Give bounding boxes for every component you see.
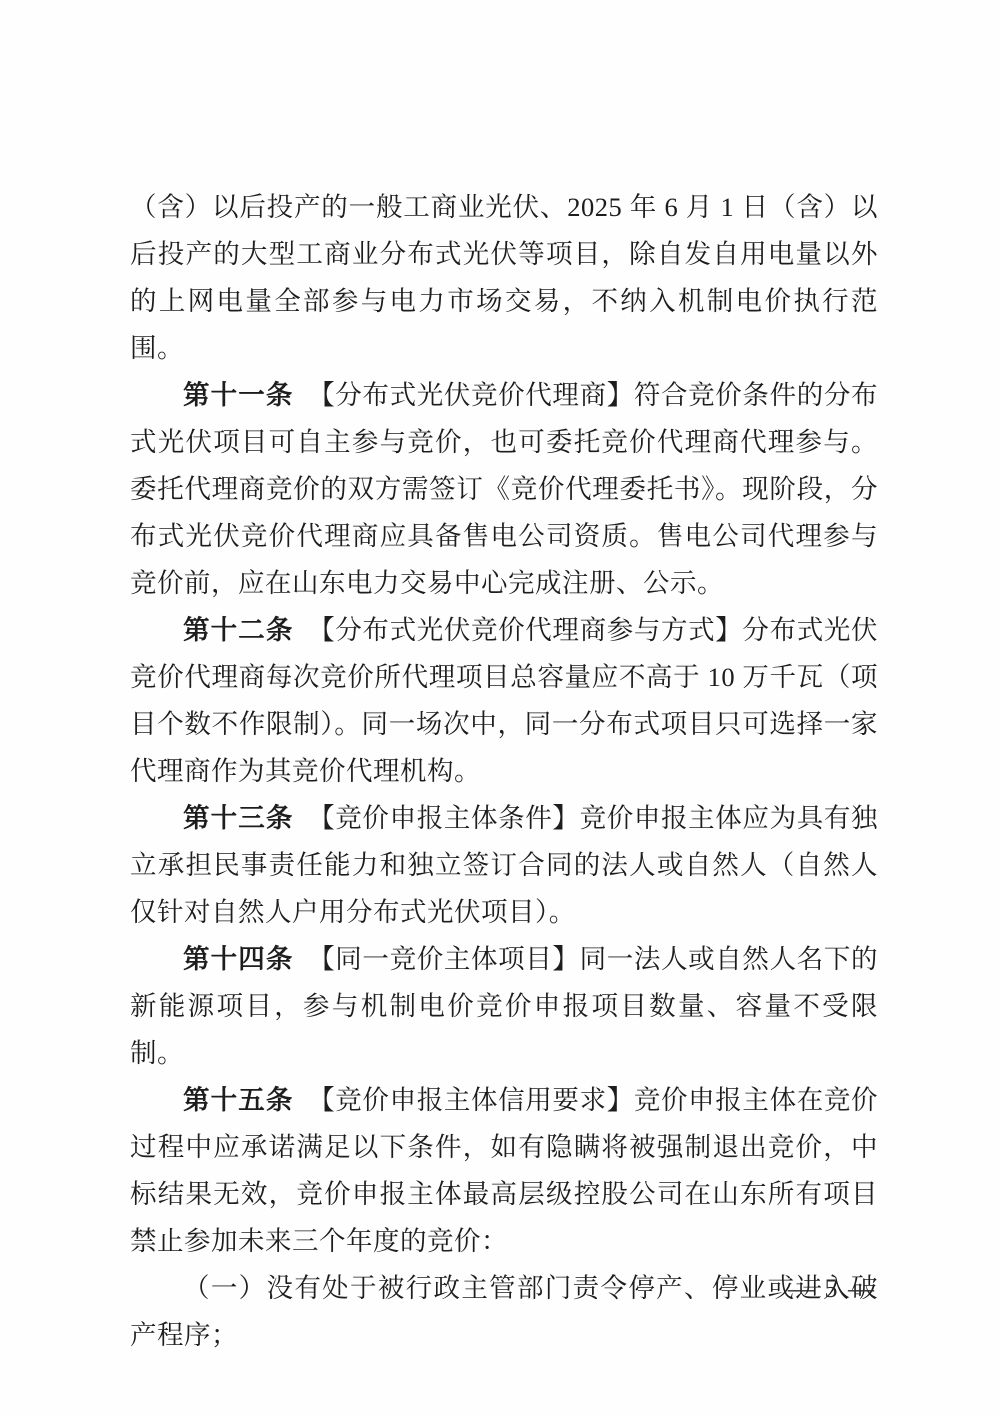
document-page: （含）以后投产的一般工商业光伏、2025 年 6 月 1 日（含）以后投产的大型…: [0, 0, 1000, 1415]
article-term: 第十五条: [183, 1085, 294, 1115]
paragraph-continuation: （含）以后投产的一般工商业光伏、2025 年 6 月 1 日（含）以后投产的大型…: [130, 184, 878, 372]
document-body: （含）以后投产的一般工商业光伏、2025 年 6 月 1 日（含）以后投产的大型…: [130, 184, 878, 1359]
article-term: 第十二条: [183, 615, 294, 645]
article-term: 第十一条: [183, 380, 294, 410]
paragraph-article-13: 第十三条【竞价申报主体条件】竞价申报主体应为具有独立承担民事责任能力和独立签订合…: [130, 795, 878, 936]
article-term: 第十三条: [183, 803, 294, 833]
article-term: 第十四条: [183, 944, 294, 974]
paragraph-article-15: 第十五条【竞价申报主体信用要求】竞价申报主体在竞价过程中应承诺满足以下条件，如有…: [130, 1077, 878, 1265]
paragraph-text: 【分布式光伏竞价代理商】符合竞价条件的分布式光伏项目可自主参与竞价，也可委托竞价…: [130, 380, 878, 598]
paragraph-article-12: 第十二条【分布式光伏竞价代理商参与方式】分布式光伏竞价代理商每次竞价所代理项目总…: [130, 607, 878, 795]
paragraph-text: （含）以后投产的一般工商业光伏、2025 年 6 月 1 日（含）以后投产的大型…: [130, 192, 878, 363]
paragraph-article-11: 第十一条【分布式光伏竞价代理商】符合竞价条件的分布式光伏项目可自主参与竞价，也可…: [130, 372, 878, 607]
paragraph-article-14: 第十四条【同一竞价主体项目】同一法人或自然人名下的新能源项目，参与机制电价竞价申…: [130, 936, 878, 1077]
paragraph-list-item-1: （一）没有处于被行政主管部门责令停产、停业或进入破产程序；: [130, 1265, 878, 1359]
paragraph-text: （一）没有处于被行政主管部门责令停产、停业或进入破产程序；: [130, 1273, 878, 1350]
page-number: — 5 —: [788, 1272, 876, 1306]
